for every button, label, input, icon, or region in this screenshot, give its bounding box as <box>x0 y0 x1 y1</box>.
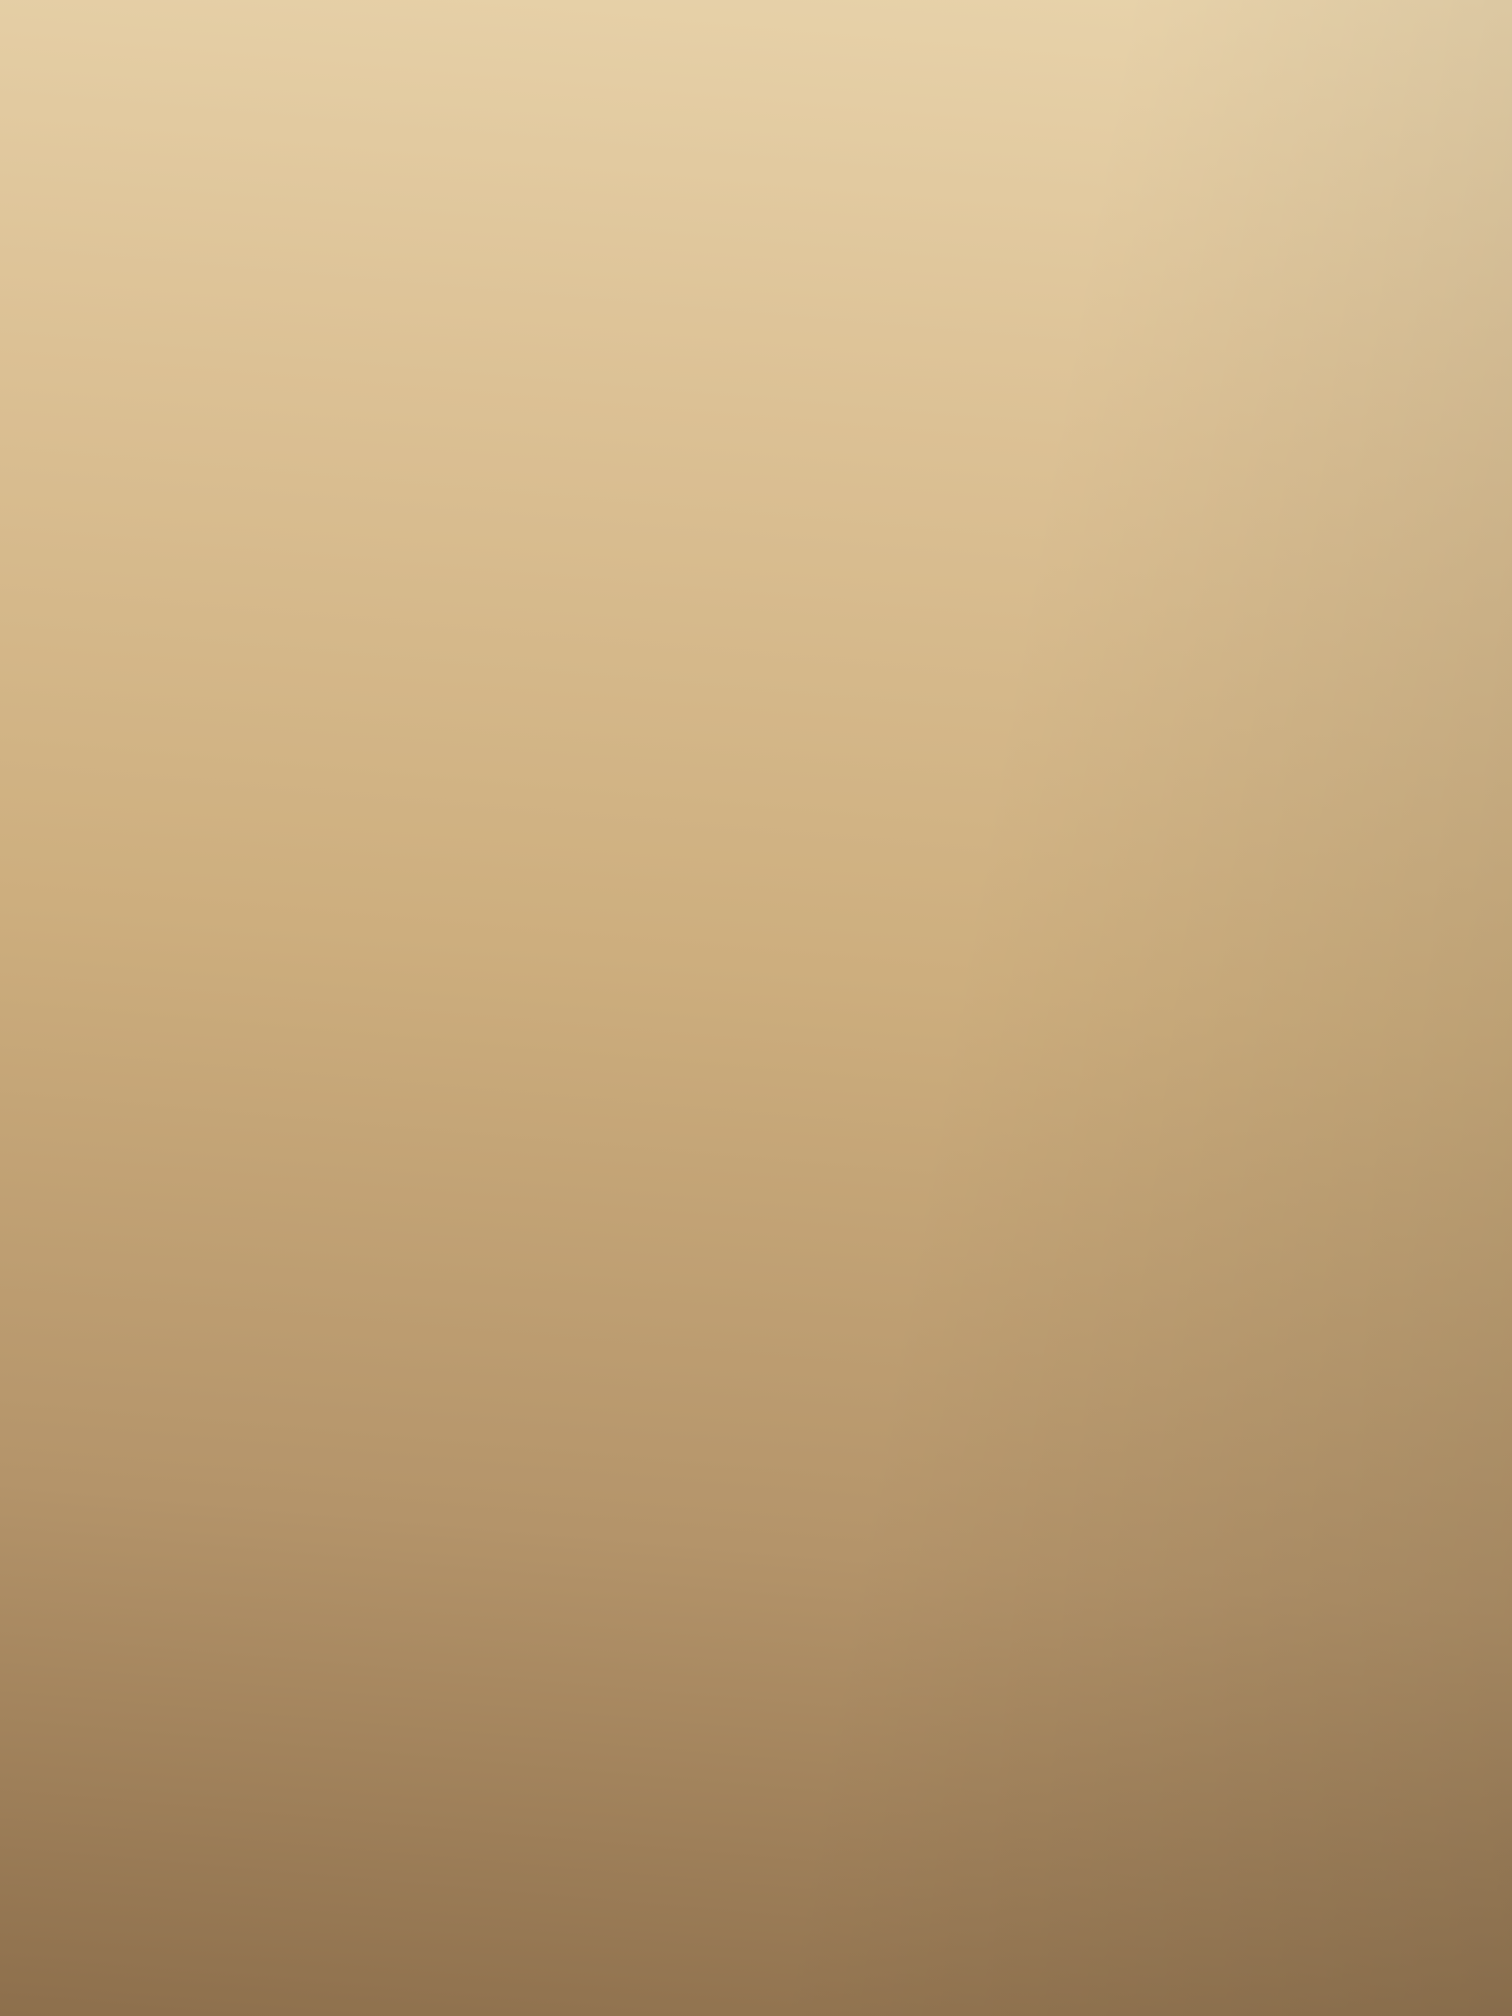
book-page-photo: Fortale til 1ste Oplag af 1859. Idet jeg… <box>0 0 1512 2016</box>
wooden-table-background <box>0 0 1512 2016</box>
